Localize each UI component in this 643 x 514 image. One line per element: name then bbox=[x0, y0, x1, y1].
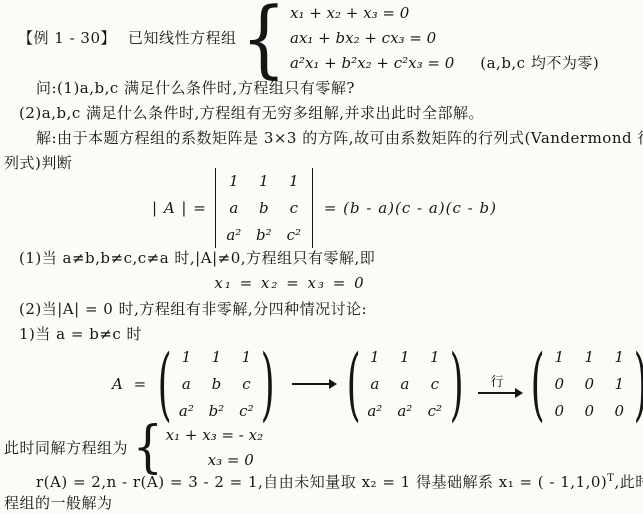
right-paren: ) bbox=[634, 344, 643, 424]
matrix-cell: 1 bbox=[178, 345, 194, 369]
matrix-cell: a bbox=[397, 372, 413, 396]
zero-solution: x₁ = x₂ = x₃ = 0 bbox=[0, 271, 580, 296]
matrix-cell: a bbox=[178, 372, 194, 396]
matrix-cell: 1 bbox=[397, 345, 413, 369]
matrix-cell: c bbox=[427, 372, 443, 396]
matrix-cell: 1 bbox=[367, 345, 383, 369]
matrix-cell: a bbox=[367, 372, 383, 396]
matrix-cell: c bbox=[286, 196, 302, 220]
matrix-a: 111abca²b²c² bbox=[176, 344, 256, 424]
case-1-line: (1)当 a≠b,b≠c,c≠a 时,|A|≠0,方程组只有零解,即 bbox=[19, 246, 375, 271]
matrix-cell: a² bbox=[397, 399, 413, 423]
matrix-cell: a² bbox=[367, 399, 383, 423]
matrix-cell: c² bbox=[427, 399, 443, 423]
equation-system: x₁ + x₂ + x₃ = 0 ax₁ + bx₂ + cx₃ = 0 a²x… bbox=[290, 1, 599, 76]
textbook-page: 【例 1 - 30】 已知线性方程组 { x₁ + x₂ + x₃ = 0 ax… bbox=[0, 0, 643, 514]
equation-2: ax₁ + bx₂ + cx₃ = 0 bbox=[290, 26, 599, 51]
case-2-line: (2)当|A| = 0 时,方程组有非零解,分四种情况讨论: bbox=[19, 297, 367, 322]
solution-line-2: 列式)判断 bbox=[4, 151, 72, 176]
matrix-cell: 1 bbox=[551, 345, 567, 369]
row-operation-label: 行 bbox=[491, 375, 504, 390]
matrix-cell: 0 bbox=[551, 399, 567, 423]
intro-text: 已知线性方程组 bbox=[128, 26, 237, 51]
left-paren: ( bbox=[346, 344, 360, 424]
matrix-cell: a² bbox=[226, 223, 242, 247]
determinant-display: | A | = 111abca²b²c² = (b - a)(c - a)(c … bbox=[152, 172, 497, 244]
rank-line-tail: ,此时方 bbox=[614, 473, 643, 491]
matrix-chain-lhs: A = bbox=[112, 375, 149, 393]
matrix-chain: A = ( 111abca²b²c² ) ( 111aaca²a²c² ) 行 … bbox=[112, 344, 643, 424]
rank-line-main: r(A) = 2,n - r(A) = 3 - 2 = 1,自由未知量取 x₂ … bbox=[36, 473, 607, 491]
equivalent-system-prefix: 此时同解方程组为 bbox=[4, 436, 128, 461]
matrix-b: 111aaca²a²c² bbox=[365, 344, 445, 424]
matrix-cell: b² bbox=[208, 399, 224, 423]
matrix-cell: 1 bbox=[611, 345, 627, 369]
left-paren: ( bbox=[531, 344, 545, 424]
row-operation-arrow: 行 bbox=[478, 375, 516, 394]
right-arrow-icon bbox=[292, 383, 330, 385]
matrix-cell: 1 bbox=[427, 345, 443, 369]
matrix-c: 111001000 bbox=[549, 344, 629, 424]
matrix-cell: a bbox=[226, 196, 242, 220]
matrix-cell: c² bbox=[238, 399, 254, 423]
equation-1: x₁ + x₂ + x₃ = 0 bbox=[290, 1, 599, 26]
matrix-cell: b bbox=[256, 196, 272, 220]
question-1: 问:(1)a,b,c 满足什么条件时,方程组只有零解? bbox=[36, 76, 355, 101]
determinant-lhs: | A | = bbox=[152, 199, 207, 217]
equation-3-body: a²x₁ + b²x₂ + c²x₃ = 0 bbox=[290, 54, 454, 72]
right-paren: ) bbox=[449, 344, 463, 424]
matrix-cell: 0 bbox=[581, 399, 597, 423]
question-2: (2)a,b,c 满足什么条件时,方程组有无穷多组解,并求出此时全部解。 bbox=[19, 101, 484, 126]
matrix-cell: b bbox=[208, 372, 224, 396]
determinant-rhs: = (b - a)(c - a)(c - b) bbox=[324, 199, 497, 217]
system-brace: { bbox=[241, 0, 286, 80]
right-arrow-icon bbox=[478, 392, 516, 394]
determinant-matrix: 111abca²b²c² bbox=[215, 168, 313, 248]
example-label: 【例 1 - 30】 bbox=[18, 26, 116, 51]
matrix-cell: 1 bbox=[226, 169, 242, 193]
matrix-cell: c² bbox=[286, 223, 302, 247]
matrix-cell: c bbox=[238, 372, 254, 396]
matrix-cell: a² bbox=[178, 399, 194, 423]
solution-line-1: 解:由于本题方程组的系数矩阵是 3×3 的方阵,故可由系数矩阵的行列式(Vand… bbox=[36, 126, 643, 151]
matrix-cell: 1 bbox=[286, 169, 302, 193]
matrix-cell: 1 bbox=[208, 345, 224, 369]
right-paren: ) bbox=[261, 344, 275, 424]
equivalent-equation-1: x₁ + x₃ = - x₂ bbox=[166, 423, 263, 448]
matrix-cell: 1 bbox=[256, 169, 272, 193]
closing-line: 程组的一般解为 bbox=[4, 491, 113, 514]
rank-line: r(A) = 2,n - r(A) = 3 - 2 = 1,自由未知量取 x₂ … bbox=[36, 466, 643, 495]
matrix-cell: 0 bbox=[611, 399, 627, 423]
matrix-cell: 1 bbox=[581, 345, 597, 369]
equation-3: a²x₁ + b²x₂ + c²x₃ = 0(a,b,c 均不为零) bbox=[290, 51, 599, 76]
matrix-cell: 0 bbox=[551, 372, 567, 396]
matrix-cell: 0 bbox=[581, 372, 597, 396]
left-paren: ( bbox=[158, 344, 172, 424]
system-note: (a,b,c 均不为零) bbox=[480, 54, 599, 72]
matrix-cell: 1 bbox=[238, 345, 254, 369]
matrix-cell: 1 bbox=[611, 372, 627, 396]
matrix-cell: b² bbox=[256, 223, 272, 247]
example-header: 【例 1 - 30】 已知线性方程组 { x₁ + x₂ + x₃ = 0 ax… bbox=[18, 0, 599, 76]
